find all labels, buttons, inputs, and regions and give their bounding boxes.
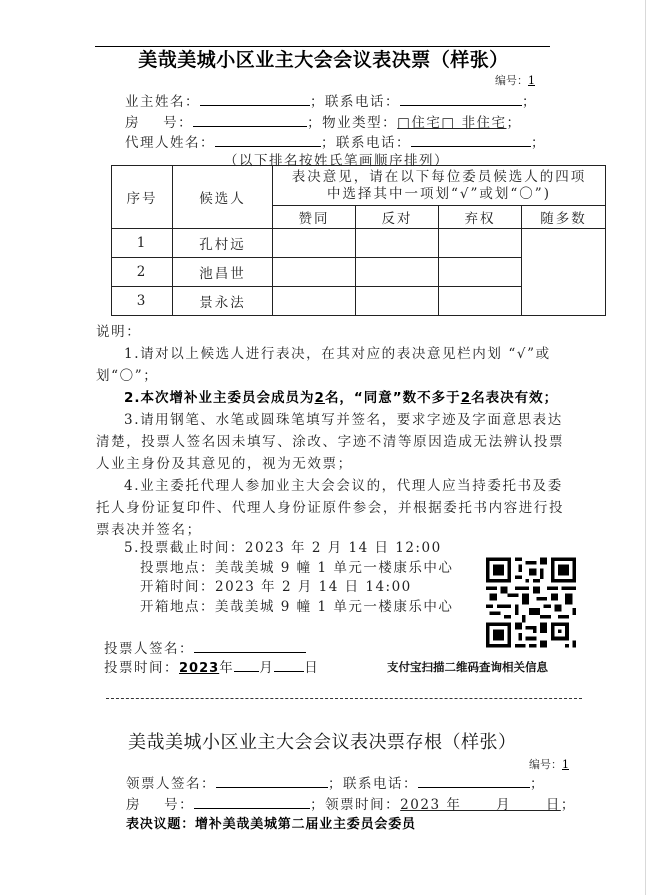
notes-heading: 说明： (96, 321, 576, 343)
note-1: 1.请对以上候选人进行表决，在其对应的表决意见栏内划 “√”或划“〇”； (96, 343, 576, 387)
row-candidate: 孔村远 (173, 229, 273, 258)
row-seq: 3 (112, 287, 173, 316)
vote-time-year: 2023 (179, 661, 219, 676)
header-abstain: 弃权 (439, 206, 522, 229)
vote-deadline: 5.投票截止时间：2023 年 2 月 14 日 12:00 (124, 539, 453, 559)
qr-code-icon[interactable] (486, 557, 576, 648)
semicolon: ； (561, 797, 576, 813)
stub-serial: 编号：1 (529, 756, 569, 772)
property-type-checkboxes[interactable]: □住宅□ 非住宅 (397, 115, 506, 131)
agree-cell[interactable] (273, 287, 356, 316)
owner-info-row: 业主姓名：；联系电话：； (125, 90, 537, 110)
semicolon: ； (522, 94, 537, 110)
ballot-serial: 编号：1 (495, 72, 535, 88)
header-oppose: 反对 (356, 206, 439, 229)
row-seq: 2 (112, 258, 173, 287)
year-unit: 年 (219, 660, 234, 676)
vote-location: 投票地点：美哉美城 9 幢 1 单元一楼康乐中心 (124, 559, 453, 579)
owner-name-field[interactable] (200, 91, 310, 106)
row-candidate: 景永法 (173, 287, 273, 316)
row-candidate: 池昌世 (173, 258, 273, 287)
stub-phone-field[interactable] (418, 773, 530, 788)
stub-serial-value: 1 (562, 758, 569, 771)
vote-day-field[interactable] (274, 657, 304, 672)
voter-signature-field[interactable] (194, 638, 306, 653)
room-info-row: 房 号：；物业类型：□住宅□ 非住宅； (125, 111, 521, 131)
proxy-name-label: 代理人姓名： (125, 135, 215, 151)
notes-section: 说明： 1.请对以上候选人进行表决，在其对应的表决意见栏内划 “√”或划“〇”；… (96, 321, 576, 541)
table-row: 1 孔村远 (112, 229, 606, 258)
note-2: 2.本次增补业主委员会成员为2名，“同意”数不多于2名表决有效； (96, 387, 576, 409)
proxy-phone-field[interactable] (411, 132, 531, 147)
receive-time-value[interactable]: 2023 年 月 日 (400, 797, 561, 813)
semicolon: ； (506, 115, 521, 131)
agenda: 表决议题：增补美哉美城第二届业主委员会委员 (126, 813, 416, 832)
room-label: 房 号： (125, 115, 193, 131)
abstain-cell[interactable] (439, 258, 522, 287)
open-box-time: 开箱时间：2023 年 2 月 14 日 14:00 (124, 578, 453, 598)
qr-caption: 支付宝扫描二维码查询相关信息 (387, 659, 548, 675)
header-follow-majority: 随多数 (522, 206, 606, 229)
header-instruction: 表决意见，请在以下每位委员候选人的四项 中选择其中一项划“√”或划“〇”) (273, 166, 606, 206)
owner-phone-label: ；联系电话： (310, 94, 400, 110)
receive-time-label: ；领票时间： (310, 797, 400, 813)
receiver-sign-field[interactable] (216, 773, 328, 788)
property-type-label: ；物业类型： (307, 115, 397, 131)
month-unit: 月 (259, 660, 274, 676)
stub-room-row: 房 号：；领票时间：2023 年 月 日； (126, 793, 576, 813)
oppose-cell[interactable] (356, 229, 439, 258)
abstain-cell[interactable] (439, 287, 522, 316)
oppose-cell[interactable] (356, 287, 439, 316)
header-seq: 序号 (112, 166, 173, 229)
agree-cell[interactable] (273, 258, 356, 287)
agree-cell[interactable] (273, 229, 356, 258)
stub-room-field[interactable] (194, 794, 310, 809)
stub-phone-label: ；联系电话： (328, 776, 418, 792)
stub-serial-label: 编号： (529, 758, 562, 771)
note-3: 3.请用钢笔、水笔或圆珠笔填写并签名，要求字迹及字面意思表达清楚，投票人签名因未… (96, 409, 576, 475)
voter-signature-row: 投票人签名： (104, 637, 306, 657)
abstain-cell[interactable] (439, 229, 522, 258)
semicolon: ； (530, 776, 545, 792)
header-candidate: 候选人 (173, 166, 273, 229)
voter-signature-label: 投票人签名： (104, 641, 194, 657)
owner-name-label: 业主姓名： (125, 94, 200, 110)
serial-label: 编号： (495, 74, 528, 87)
vote-table: 序号 候选人 表决意见，请在以下每位委员候选人的四项 中选择其中一项划“√”或划… (111, 165, 606, 316)
serial-value: 1 (528, 74, 535, 87)
receiver-sign-label: 领票人签名： (126, 776, 216, 792)
instruction-line-1: 表决意见，请在以下每位委员候选人的四项 (273, 169, 605, 186)
ballot-title: 美哉美城小区业主大会会议表决票（样张） (0, 45, 647, 72)
note-5: 5.投票截止时间：2023 年 2 月 14 日 12:00 投票地点：美哉美城… (124, 539, 453, 617)
oppose-cell[interactable] (356, 258, 439, 287)
day-unit: 日 (304, 660, 319, 676)
instruction-line-2: 中选择其中一项划“√”或划“〇”) (273, 186, 605, 203)
open-box-location: 开箱地点：美哉美城 9 幢 1 单元一楼康乐中心 (124, 598, 453, 618)
vote-time-row: 投票时间：2023年月日 (104, 656, 319, 676)
stub-title: 美哉美城小区业主大会会议表决票存根（样张） (128, 728, 517, 754)
owner-phone-field[interactable] (400, 91, 522, 106)
stub-room-label: 房 号： (126, 797, 194, 813)
proxy-name-field[interactable] (215, 132, 321, 147)
page-border (645, 0, 646, 895)
row-seq: 1 (112, 229, 173, 258)
room-field[interactable] (193, 112, 307, 127)
vote-time-label: 投票时间： (104, 660, 179, 676)
proxy-info-row: 代理人姓名：；联系电话：； (125, 131, 546, 151)
note-4: 4.业主委托代理人参加业主大会会议的，代理人应当持委托书及委托人身份证复印件、代… (96, 475, 576, 541)
cut-line-divider (106, 698, 582, 699)
follow-majority-cell[interactable] (522, 229, 606, 316)
semicolon: ； (531, 135, 546, 151)
vote-month-field[interactable] (234, 657, 259, 672)
stub-receiver-row: 领票人签名：；联系电话：； (126, 772, 545, 792)
header-agree: 赞同 (273, 206, 356, 229)
